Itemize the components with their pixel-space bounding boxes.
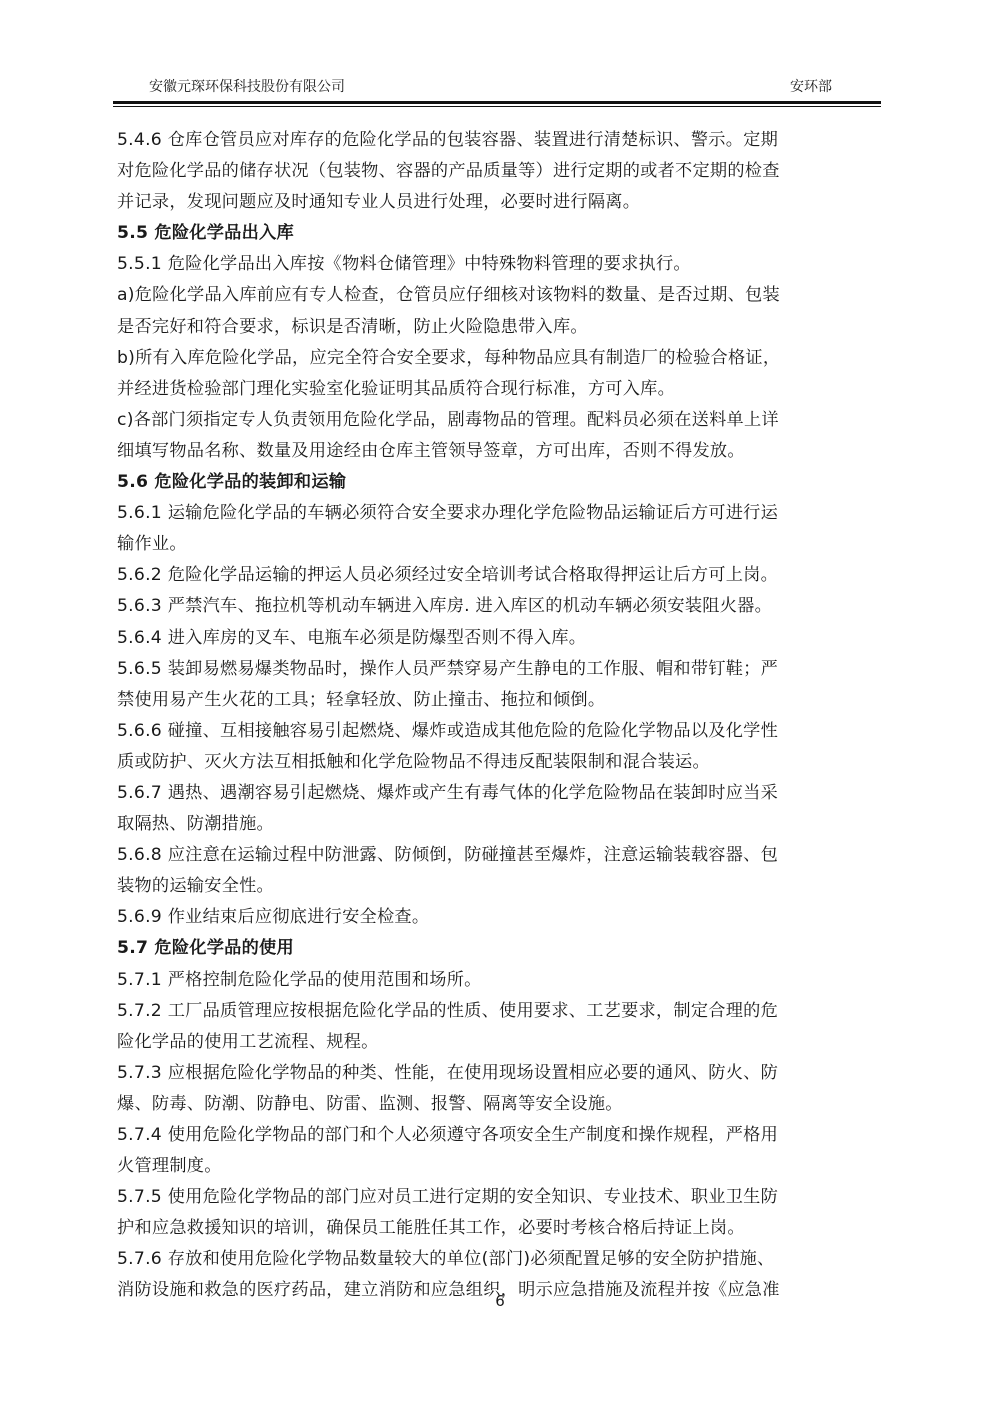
- paragraph-line: 5.6.7 遇热、遇潮容易引起燃烧、爆炸或产生有毒气体的化学危险物品在装卸时应当…: [117, 778, 883, 809]
- department-name: 安环部: [790, 76, 832, 98]
- paragraph-line: b)所有入库危险化学品，应完全符合安全要求，每种物品应具有制造厂的检验合格证，: [117, 343, 883, 374]
- company-name: 安徽元琛环保科技股份有限公司: [149, 76, 345, 98]
- paragraph-line: 并记录，发现问题应及时通知专业人员进行处理，必要时进行隔离。: [117, 187, 883, 218]
- paragraph-line: 险化学品的使用工艺流程、规程。: [117, 1027, 883, 1058]
- paragraph-line: 5.7.2 工厂品质管理应按根据危险化学品的性质、使用要求、工艺要求，制定合理的…: [117, 996, 883, 1027]
- paragraph-line: 5.7.3 应根据危险化学物品的种类、性能，在使用现场设置相应必要的通风、防火、…: [117, 1058, 883, 1089]
- paragraph-line: c)各部门须指定专人负责领用危险化学品，剧毒物品的管理。配料员必须在送料单上详: [117, 405, 883, 436]
- paragraph-line: 是否完好和符合要求，标识是否清晰，防止火险隐患带入库。: [117, 312, 883, 343]
- paragraph-line: 5.6.6 碰撞、互相接触容易引起燃烧、爆炸或造成其他危险的危险化学物品以及化学…: [117, 716, 883, 747]
- paragraph-line: 5.6.5 装卸易燃易爆类物品时，操作人员严禁穿易产生静电的工作服、帽和带钉鞋；…: [117, 654, 883, 685]
- paragraph-line: 5.7.6 存放和使用危险化学物品数量较大的单位(部门)必须配置足够的安全防护措…: [117, 1244, 883, 1275]
- paragraph-line: a)危险化学品入库前应有专人检查，仓管员应仔细核对该物料的数量、是否过期、包装: [117, 280, 883, 311]
- header-rule-thin: [113, 106, 881, 107]
- paragraph-line: 质或防护、灭火方法互相抵触和化学危险物品不得违反配装限制和混合装运。: [117, 747, 883, 778]
- page-number: 6: [0, 1292, 1000, 1310]
- paragraph-line: 取隔热、防潮措施。: [117, 809, 883, 840]
- section-heading: 5.6 危险化学品的装卸和运输: [117, 467, 883, 498]
- paragraph-line: 5.6.9 作业结束后应彻底进行安全检查。: [117, 902, 883, 933]
- paragraph-line: 禁使用易产生火花的工具；轻拿轻放、防止撞击、拖拉和倾倒。: [117, 685, 883, 716]
- section-heading: 5.7 危险化学品的使用: [117, 933, 883, 964]
- paragraph-line: 5.6.8 应注意在运输过程中防泄露、防倾倒，防碰撞甚至爆炸，注意运输装载容器、…: [117, 840, 883, 871]
- paragraph-line: 5.7.1 严格控制危险化学品的使用范围和场所。: [117, 965, 883, 996]
- paragraph-line: 输作业。: [117, 529, 883, 560]
- paragraph-line: 5.4.6 仓库仓管员应对库存的危险化学品的包装容器、装置进行清楚标识、警示。定…: [117, 125, 883, 156]
- page-header: 安徽元琛环保科技股份有限公司 安环部: [117, 76, 882, 98]
- paragraph-line: 细填写物品名称、数量及用途经由仓库主管领导签章，方可出库，否则不得发放。: [117, 436, 883, 467]
- paragraph-line: 装物的运输安全性。: [117, 871, 883, 902]
- section-heading: 5.5 危险化学品出入库: [117, 218, 883, 249]
- header-rule-thick: [113, 101, 881, 104]
- paragraph-line: 5.6.2 危险化学品运输的押运人员必须经过安全培训考试合格取得押运让后方可上岗…: [117, 560, 883, 591]
- paragraph-line: 5.6.4 进入库房的叉车、电瓶车必须是防爆型否则不得入库。: [117, 623, 883, 654]
- paragraph-line: 5.7.5 使用危险化学物品的部门应对员工进行定期的安全知识、专业技术、职业卫生…: [117, 1182, 883, 1213]
- paragraph-line: 5.6.3 严禁汽车、拖拉机等机动车辆进入库房. 进入库区的机动车辆必须安装阻火…: [117, 591, 883, 622]
- document-body: 5.4.6 仓库仓管员应对库存的危险化学品的包装容器、装置进行清楚标识、警示。定…: [117, 125, 883, 1307]
- paragraph-line: 5.6.1 运输危险化学品的车辆必须符合安全要求办理化学危险物品运输证后方可进行…: [117, 498, 883, 529]
- paragraph-line: 5.5.1 危险化学品出入库按《物料仓储管理》中特殊物料管理的要求执行。: [117, 249, 883, 280]
- paragraph-line: 并经进货检验部门理化实验室化验证明其品质符合现行标准，方可入库。: [117, 374, 883, 405]
- paragraph-line: 护和应急救援知识的培训，确保员工能胜任其工作，必要时考核合格后持证上岗。: [117, 1213, 883, 1244]
- paragraph-line: 爆、防毒、防潮、防静电、防雷、监测、报警、隔离等安全设施。: [117, 1089, 883, 1120]
- paragraph-line: 火管理制度。: [117, 1151, 883, 1182]
- paragraph-line: 5.7.4 使用危险化学物品的部门和个人必须遵守各项安全生产制度和操作规程，严格…: [117, 1120, 883, 1151]
- paragraph-line: 对危险化学品的储存状况（包装物、容器的产品质量等）进行定期的或者不定期的检查: [117, 156, 883, 187]
